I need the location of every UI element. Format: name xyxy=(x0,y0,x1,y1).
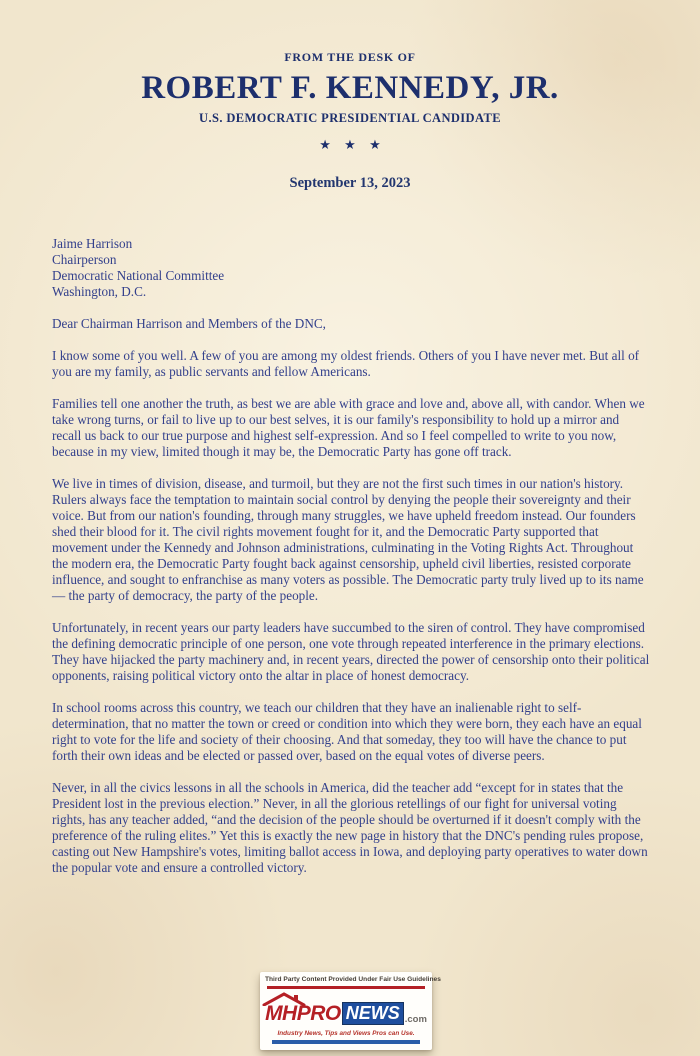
letter-paragraph: In school rooms across this country, we … xyxy=(52,700,650,764)
letter-paragraph: I know some of you well. A few of you ar… xyxy=(52,348,650,380)
three-stars-icon: ★ ★ ★ xyxy=(0,137,700,153)
letterhead-name: ROBERT F. KENNEDY, JR. xyxy=(0,70,700,107)
logo-tagline: Industry News, Tips and Views Pros can U… xyxy=(265,1030,427,1037)
recipient-name: Jaime Harrison xyxy=(52,236,650,252)
blue-divider xyxy=(272,1040,420,1044)
letterhead: FROM THE DESK OF ROBERT F. KENNEDY, JR. … xyxy=(0,50,700,153)
letter-paragraph: We live in times of division, disease, a… xyxy=(52,476,650,604)
letter-date: September 13, 2023 xyxy=(0,175,700,192)
house-roof-icon xyxy=(262,992,306,1006)
letter-paragraph: Unfortunately, in recent years our party… xyxy=(52,620,650,684)
recipient-title: Chairperson xyxy=(52,252,650,268)
mhpronews-logo-wrap: MHPRO NEWS .com xyxy=(265,1002,427,1025)
logo-mhpro-text: MHPRO xyxy=(265,1003,341,1025)
logo-news-text: NEWS xyxy=(342,1002,404,1025)
fair-use-watermark-box: Third Party Content Provided Under Fair … xyxy=(260,972,432,1050)
recipient-address-block: Jaime Harrison Chairperson Democratic Na… xyxy=(52,236,650,300)
red-divider xyxy=(267,986,425,989)
fair-use-disclaimer: Third Party Content Provided Under Fair … xyxy=(265,976,427,983)
letterhead-from-line: FROM THE DESK OF xyxy=(0,50,700,65)
letter-paragraph: Never, in all the civics lessons in all … xyxy=(52,780,650,876)
letterhead-subtitle: U.S. DEMOCRATIC PRESIDENTIAL CANDIDATE xyxy=(0,111,700,126)
scanned-letter-page: FROM THE DESK OF ROBERT F. KENNEDY, JR. … xyxy=(0,0,700,1056)
recipient-city: Washington, D.C. xyxy=(52,284,650,300)
letter-body: Jaime Harrison Chairperson Democratic Na… xyxy=(52,236,650,876)
letter-paragraph: Families tell one another the truth, as … xyxy=(52,396,650,460)
recipient-organization: Democratic National Committee xyxy=(52,268,650,284)
salutation: Dear Chairman Harrison and Members of th… xyxy=(52,316,650,332)
logo-dotcom-text: .com xyxy=(405,1014,427,1025)
mhpronews-logo: MHPRO NEWS .com xyxy=(265,997,427,1025)
